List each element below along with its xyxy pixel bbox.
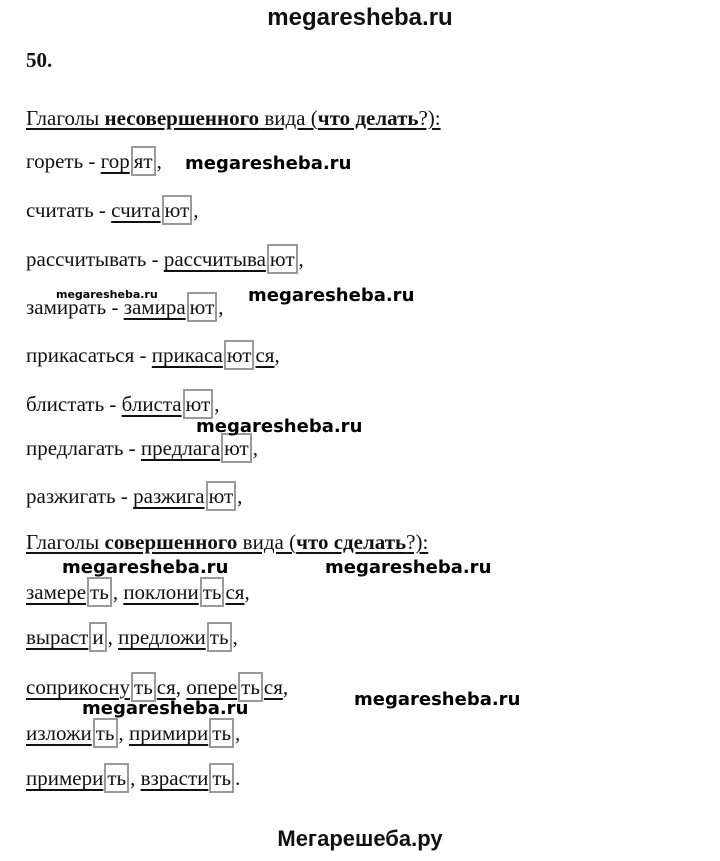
punctuation: , <box>176 675 187 699</box>
dash: - <box>94 198 112 222</box>
punctuation: , <box>113 580 124 604</box>
punctuation: , <box>193 198 198 222</box>
word-stem: выраст <box>26 625 88 649</box>
word-stem: гор <box>101 149 130 173</box>
ending-box: ть <box>207 622 232 652</box>
verb-pair: предлагать - предлагают, <box>26 433 258 463</box>
infinitive: блистать <box>26 392 104 416</box>
verb-pair: рассчитывать - рассчитывают, <box>26 244 304 274</box>
ending-box: ть <box>93 718 118 748</box>
punctuation: , <box>235 721 240 745</box>
word-stem: изложи <box>26 721 92 745</box>
infinitive: рассчитывать <box>26 247 146 271</box>
heading-question: что сделать <box>296 530 406 554</box>
verb-pair: прикасаться - прикасаются, <box>26 340 280 370</box>
punctuation: , <box>237 484 242 508</box>
word-stem: блиста <box>122 392 182 416</box>
punctuation: , <box>244 580 249 604</box>
word-stem: примери <box>26 766 103 790</box>
watermark: megaresheba.ru <box>325 557 491 578</box>
heading-text: ?): <box>418 106 440 130</box>
infinitive: прикасаться <box>26 343 134 367</box>
dash: - <box>83 149 101 173</box>
imperfective-heading: Глаголы несовершенного вида (что делать?… <box>26 106 441 131</box>
heading-text: Глаголы <box>26 530 105 554</box>
punctuation: , <box>214 392 219 416</box>
punctuation: , <box>157 149 162 173</box>
ending-box: ть <box>104 763 129 793</box>
word-stem: рассчитыва <box>164 247 266 271</box>
heading-text: вида ( <box>259 106 318 130</box>
word-stem: счита <box>111 198 160 222</box>
punctuation: , <box>119 721 130 745</box>
ending-box: ют <box>183 389 214 419</box>
punctuation: , <box>274 343 279 367</box>
infinitive: предлагать <box>26 436 123 460</box>
verb-line: изложить, примирить, <box>26 718 240 748</box>
dash: - <box>134 343 152 367</box>
heading-text: ?): <box>406 530 428 554</box>
ending-box: ть <box>209 718 234 748</box>
punctuation: , <box>218 295 223 319</box>
site-watermark-top: megaresheba.ru <box>0 2 720 34</box>
watermark: megaresheba.ru <box>354 689 520 710</box>
heading-bold: совершенного <box>105 530 238 554</box>
infinitive: считать <box>26 198 94 222</box>
postfix: ся <box>225 580 244 604</box>
punctuation: , <box>233 625 238 649</box>
punctuation: , <box>253 436 258 460</box>
verb-pair: считать - считают, <box>26 195 198 225</box>
heading-text: Глаголы <box>26 106 105 130</box>
heading-question: что делать <box>318 106 419 130</box>
verb-line: замереть, поклониться, <box>26 577 250 607</box>
watermark: megaresheba.ru <box>56 288 158 301</box>
postfix: ся <box>255 343 274 367</box>
postfix: ся <box>264 675 283 699</box>
verb-line: вырасти, предложить, <box>26 622 238 652</box>
punctuation: , <box>299 247 304 271</box>
watermark: megaresheba.ru <box>248 285 414 306</box>
watermark: megaresheba.ru <box>82 698 248 719</box>
verb-pair: гореть - горят, <box>26 146 162 176</box>
infinitive: разжигать <box>26 484 116 508</box>
ending-box: ят <box>131 146 156 176</box>
ending-box: ют <box>162 195 193 225</box>
watermark: megaresheba.ru <box>196 416 362 437</box>
verb-pair: блистать - блистают, <box>26 389 219 419</box>
ending-box: ть <box>209 763 234 793</box>
word-stem: примири <box>129 721 208 745</box>
word-stem: прикаса <box>152 343 223 367</box>
ending-box: ют <box>221 433 252 463</box>
punctuation: . <box>235 766 240 790</box>
punctuation: , <box>108 625 119 649</box>
ending-box: ют <box>206 481 237 511</box>
word-stem: опере <box>186 675 237 699</box>
heading-text: вида ( <box>237 530 296 554</box>
punctuation: , <box>130 766 141 790</box>
ending-box: ть <box>200 577 225 607</box>
ending-box: ть <box>87 577 112 607</box>
watermark: megaresheba.ru <box>62 557 228 578</box>
heading-bold: несовершенного <box>105 106 260 130</box>
perfective-heading: Глаголы совершенного вида (что сделать?)… <box>26 530 428 555</box>
dash: - <box>116 484 134 508</box>
ending-box: ют <box>187 292 218 322</box>
dash: - <box>146 247 164 271</box>
punctuation: , <box>283 675 288 699</box>
word-stem: замере <box>26 580 86 604</box>
verb-line: примерить, взрастить. <box>26 763 240 793</box>
exercise-number: 50. <box>26 48 52 73</box>
ending-box: ют <box>224 340 255 370</box>
ending-box: и <box>89 622 106 652</box>
verb-pair: разжигать - разжигают, <box>26 481 242 511</box>
infinitive: гореть <box>26 149 83 173</box>
word-stem: взрасти <box>141 766 209 790</box>
word-stem: соприкосну <box>26 675 130 699</box>
site-footer: Мегарешеба.ру <box>0 826 720 852</box>
dash: - <box>104 392 122 416</box>
postfix: ся <box>157 675 176 699</box>
watermark: megaresheba.ru <box>185 153 351 174</box>
word-stem: поклони <box>123 580 198 604</box>
word-stem: разжига <box>133 484 204 508</box>
dash: - <box>123 436 141 460</box>
word-stem: предлага <box>141 436 220 460</box>
ending-box: ют <box>267 244 298 274</box>
word-stem: предложи <box>118 625 206 649</box>
